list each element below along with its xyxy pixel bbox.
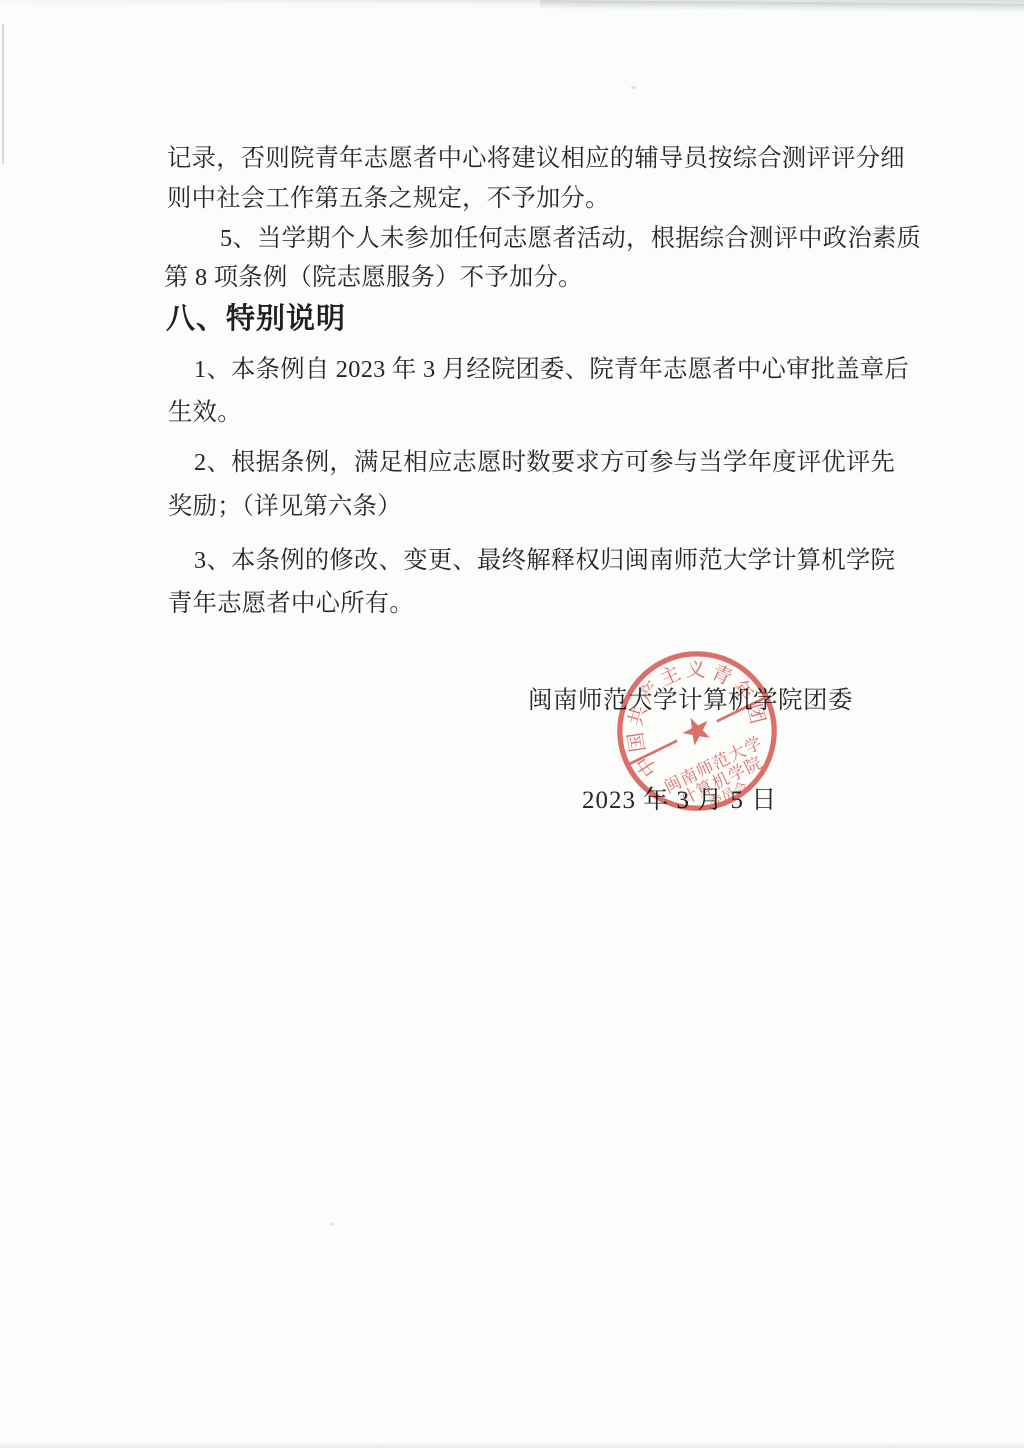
body-line: 2、根据条例，满足相应志愿时数要求方可参与当学年度评优评先 — [194, 451, 895, 475]
scan-top-right-artifact — [540, 0, 1024, 12]
body-line: 3、本条例的修改、变更、最终解释权归闽南师范大学计算机学院 — [194, 549, 895, 573]
official-seal-stamp: 中国共产主义青年团 闽南师范大学 计算机学院 委员会 — [592, 626, 802, 836]
scanned-document-page: 记录，否则院青年志愿者中心将建议相应的辅导员按综合测评评分细 则中社会工作第五条… — [0, 0, 1024, 1448]
body-line: 1、本条例自 2023 年 3 月经院团委、院青年志愿者中心审批盖章后 — [194, 358, 909, 382]
body-line: 青年志愿者中心所有。 — [168, 592, 414, 616]
scan-speck — [631, 86, 636, 89]
scan-speck — [330, 1223, 334, 1226]
body-line: 则中社会工作第五条之规定，不予加分。 — [167, 187, 610, 211]
scan-left-edge-artifact — [2, 24, 4, 164]
scan-bottom-edge-artifact — [0, 1442, 1024, 1448]
body-line: 第 8 项条例（院志愿服务）不予加分。 — [164, 266, 583, 290]
scan-top-edge-artifact — [0, 0, 1024, 13]
body-line: 奖励；（详见第六条） — [168, 495, 402, 519]
star-icon — [678, 712, 715, 748]
body-line: 记录，否则院青年志愿者中心将建议相应的辅导员按综合测评评分细 — [167, 147, 905, 171]
body-line: 生效。 — [168, 401, 242, 425]
body-line: 5、当学期个人未参加任何志愿者活动，根据综合测评中政治素质 — [220, 227, 921, 251]
section-heading: 八、特别说明 — [166, 305, 346, 334]
